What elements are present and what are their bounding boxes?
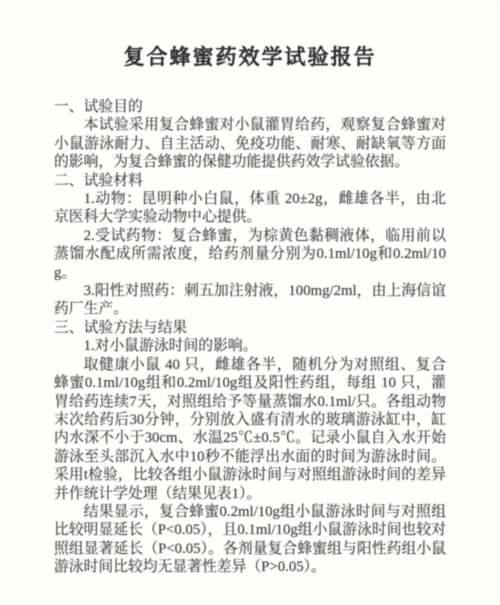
paragraph-swimming-subtitle: 1.对小鼠游泳时间的影响。 [54, 337, 446, 355]
section-heading-methods-results: 三、试验方法与结果 [54, 319, 446, 337]
paragraph-positive-control: 3.阳性对照药：刺五加注射液，100mg/2ml，由上海信谊药厂生产。 [54, 282, 446, 319]
paragraph-animals: 1.动物：昆明种小白鼠，体重 20±2g，雌雄各半，由北京医科大学实验动物中心提… [54, 190, 446, 227]
paragraph-method: 取健康小鼠 40 只，雌雄各半，随机分为对照组、复合蜂蜜0.1ml/10g组和0… [54, 356, 446, 503]
section-heading-materials: 二、试验材料 [54, 172, 446, 190]
paragraph-test-drug: 2.受试药物：复合蜂蜜，为棕黄色黏稠液体，临用前以蒸馏水配成所需浓度，给药剂量分… [54, 227, 446, 282]
paragraph-purpose: 本试验采用复合蜂蜜对小鼠灌胃给药，观察复合蜂蜜对小鼠游泳耐力、自主活动、免疫功能… [54, 116, 446, 171]
scanned-report-page: 复合蜂蜜药效学试验报告 一、试验目的 本试验采用复合蜂蜜对小鼠灌胃给药，观察复合… [0, 0, 500, 605]
document-title: 复合蜂蜜药效学试验报告 [54, 44, 446, 70]
section-heading-purpose: 一、试验目的 [54, 98, 446, 116]
paragraph-results: 结果显示，复合蜂蜜0.2ml/10g组小鼠游泳时间与对照组比较明显延长（P<0.… [54, 503, 446, 577]
